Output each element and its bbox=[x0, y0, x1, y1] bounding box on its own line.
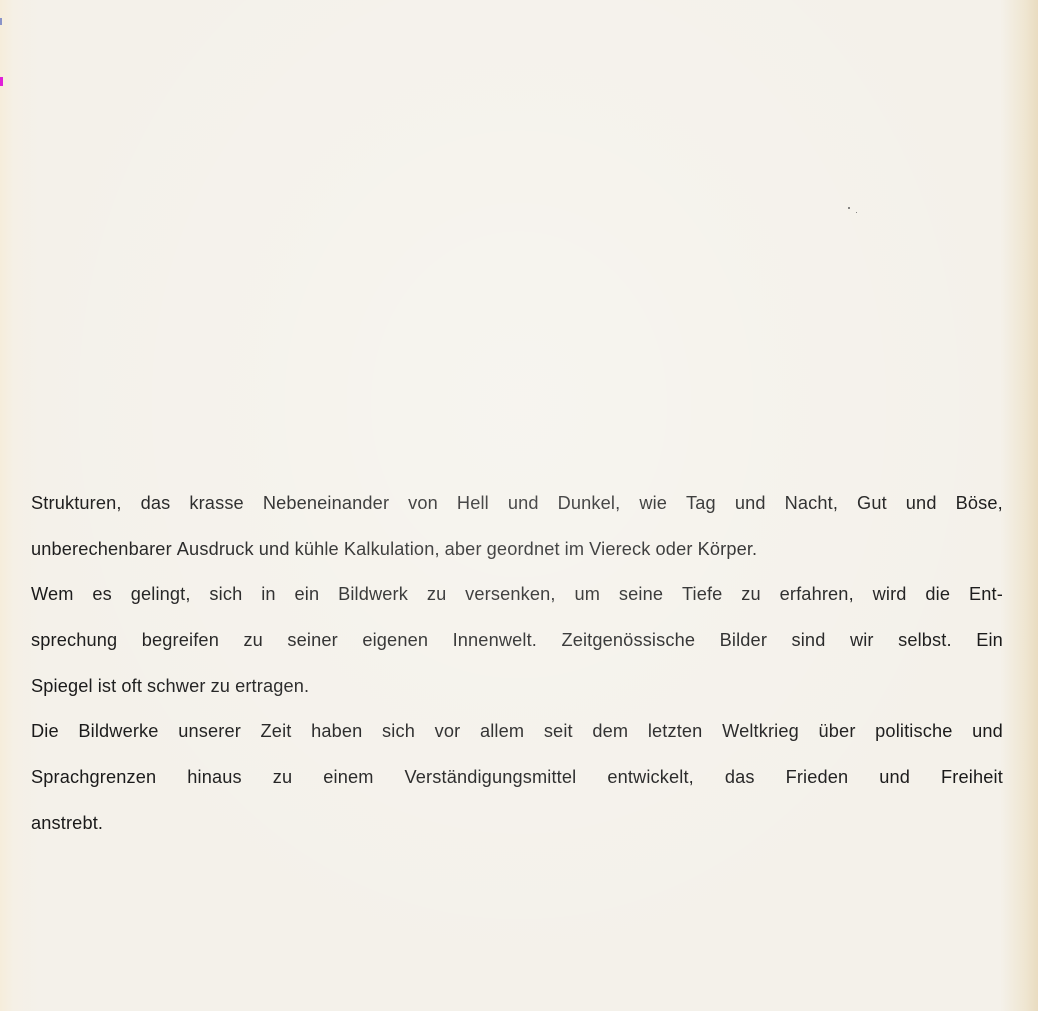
paragraph: DieBildwerkeunsererZeithabensichvorallem… bbox=[31, 716, 1003, 853]
text-line: sprechungbegreifenzuseinereigenenInnenwe… bbox=[31, 625, 1003, 671]
body-text: Strukturen,daskrasseNebeneinandervonHell… bbox=[31, 488, 1003, 854]
paragraph: Strukturen,daskrasseNebeneinandervonHell… bbox=[31, 488, 1003, 579]
text-line: DieBildwerkeunsererZeithabensichvorallem… bbox=[31, 716, 1003, 762]
text-line: SprachgrenzenhinauszueinemVerständigungs… bbox=[31, 762, 1003, 808]
scanned-page: Strukturen,daskrasseNebeneinandervonHell… bbox=[0, 0, 1038, 1011]
text-line: Strukturen,daskrasseNebeneinandervonHell… bbox=[31, 488, 1003, 534]
paper-speck bbox=[848, 207, 850, 209]
paper-speck bbox=[856, 212, 857, 213]
edge-mark bbox=[0, 77, 3, 86]
text-line: Wemesgelingt,sichineinBildwerkzuversenke… bbox=[31, 579, 1003, 625]
edge-mark bbox=[0, 18, 2, 25]
text-line: unberechenbarerAusdruckundkühleKalkulati… bbox=[31, 534, 1003, 580]
paragraph: Wemesgelingt,sichineinBildwerkzuversenke… bbox=[31, 579, 1003, 716]
text-line: anstrebt. bbox=[31, 808, 1003, 854]
text-line: Spiegelistoftschwerzuertragen. bbox=[31, 671, 1003, 717]
